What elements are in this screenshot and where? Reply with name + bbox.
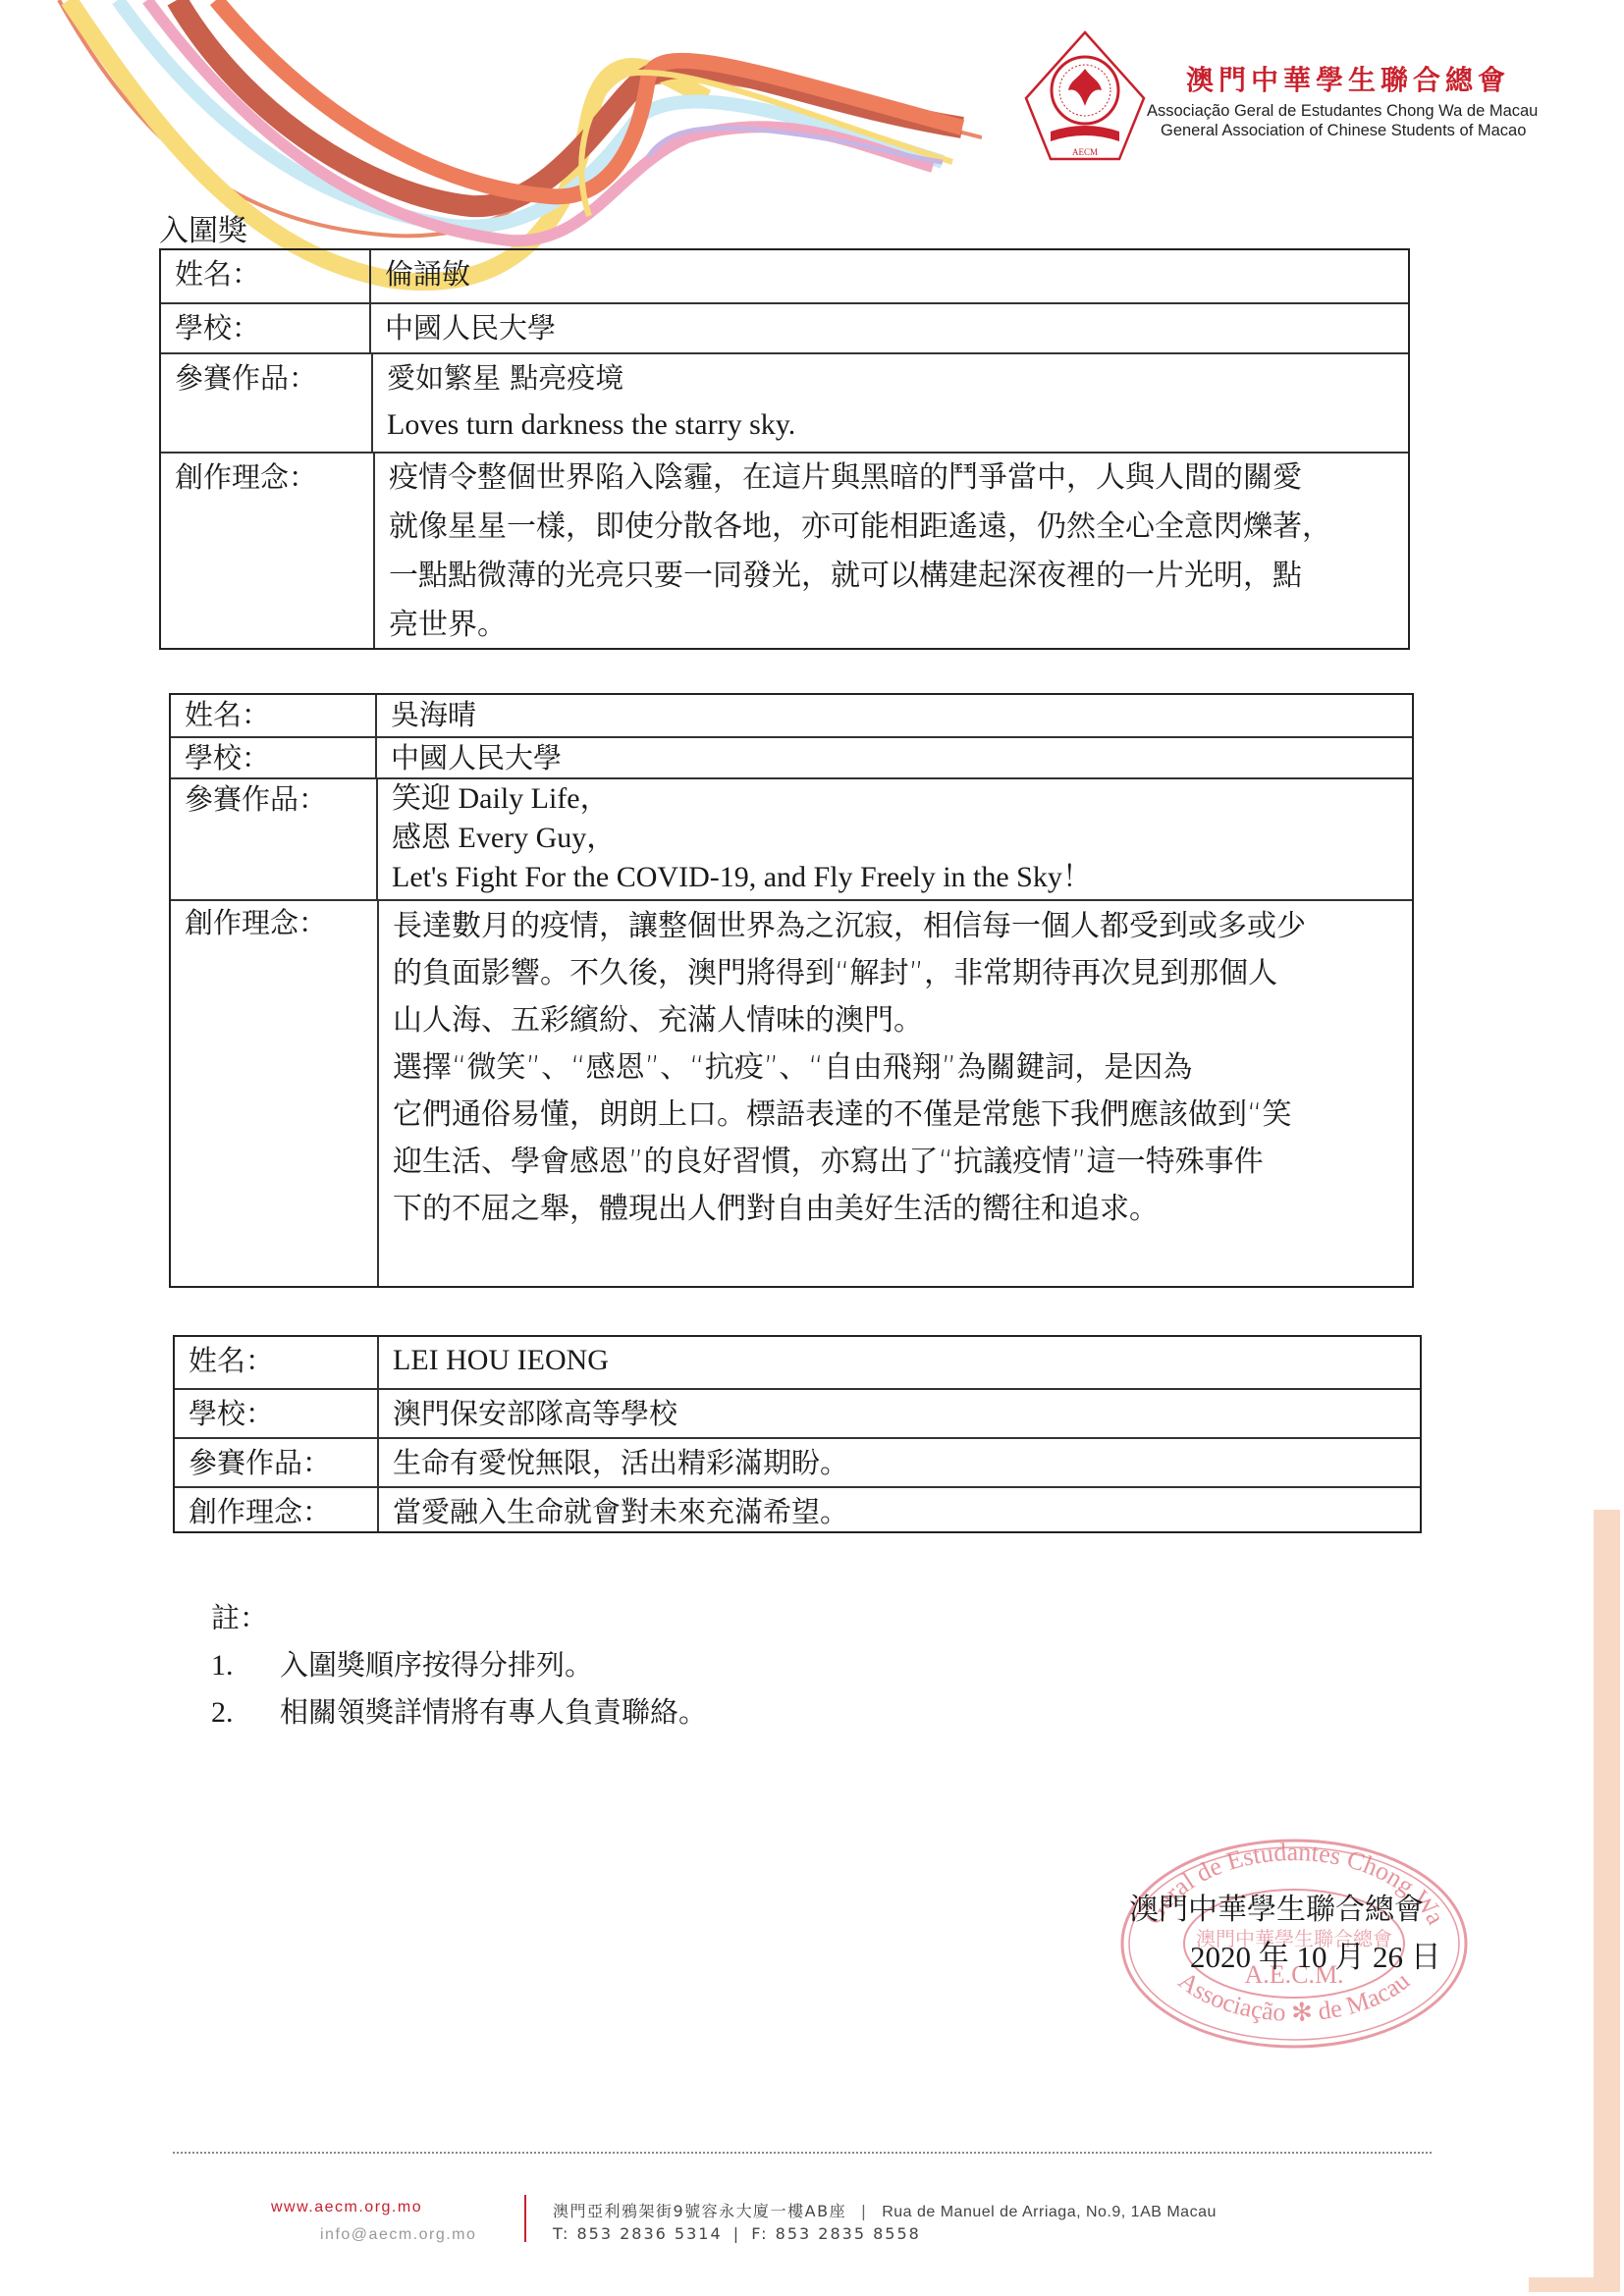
decorative-side-bar [1594, 1510, 1620, 2291]
label-school: 學校： [175, 1390, 379, 1437]
value-school: 中國人民大學 [371, 304, 1408, 352]
value-work: 生命有愛悅無限，活出精彩滿期盼。 [379, 1439, 1420, 1486]
concept-line: 山人海、五彩繽紛、充滿人情味的澳門。 [393, 997, 1412, 1044]
work-line: 感恩 Every Guy， [392, 819, 1412, 858]
label-work: 參賽作品： [161, 354, 373, 452]
value-work: 笑迎 Daily Life， 感恩 Every Guy， Let's Fight… [378, 779, 1412, 899]
row-school: 學校： 澳門保安部隊高等學校 [175, 1388, 1420, 1437]
note-text: 相關領獎詳情將有專人負責聯絡。 [280, 1695, 707, 1729]
value-name: 吳海晴 [377, 695, 1412, 736]
value-name: 倫誦敏 [371, 250, 1408, 302]
row-name: 姓名： LEI HOU IEONG [175, 1337, 1420, 1388]
notes-heading: 註： [211, 1596, 268, 1636]
row-work: 參賽作品： 生命有愛悅無限，活出精彩滿期盼。 [175, 1437, 1420, 1486]
concept-line: 就像星星一樣，即使分散各地，亦可能相距遙遠，仍然全心全意閃爍著， [389, 503, 1408, 552]
concept-line: 選擇“微笑”、“感恩”、“抗疫”、“自由飛翔”為關鍵詞，是因為 [393, 1044, 1412, 1092]
concept-line: 的負面影響。不久後，澳門將得到“解封”，非常期待再次見到那個人 [393, 950, 1412, 997]
org-name-pt: Associação Geral de Estudantes Chong Wa … [1147, 102, 1538, 121]
value-school: 澳門保安部隊高等學校 [379, 1390, 1420, 1437]
footer-phone: T: 853 2836 5314 | F: 853 2835 8558 [553, 2224, 921, 2243]
note-number: 2. [211, 1696, 280, 1730]
footer-address: 澳門亞利鴉架街9號容永大廈一樓AB座 | Rua de Manuel de Ar… [553, 2199, 1217, 2221]
telephone: T: 853 2836 5314 [553, 2224, 723, 2243]
value-concept: 疫情令整個世界陷入陰霾，在這片與黑暗的鬥爭當中，人與人間的關愛 就像星星一樣，即… [375, 454, 1408, 648]
concept-line: 亮世界。 [389, 601, 1408, 650]
row-work: 參賽作品： 愛如繁星 點亮疫境 Loves turn darkness the … [161, 352, 1408, 452]
label-school: 學校： [171, 738, 377, 777]
fax: F: 853 2835 8558 [751, 2224, 921, 2243]
aecm-logo: AECM [1021, 29, 1149, 162]
label-work: 參賽作品： [175, 1439, 379, 1486]
entry-table-3: 姓名： LEI HOU IEONG 學校： 澳門保安部隊高等學校 參賽作品： 生… [173, 1335, 1422, 1533]
concept-line: 一點點微薄的光亮只要一同發光，就可以構建起深夜裡的一片光明，點 [389, 552, 1408, 601]
footer-email-link[interactable]: info@aecm.org.mo [320, 2226, 476, 2244]
address-cn: 澳門亞利鴉架街9號容永大廈一樓AB座 [553, 2202, 846, 2220]
label-name: 姓名： [175, 1337, 379, 1388]
concept-line: 它們通俗易懂，朗朗上口。標語表達的不僅是常態下我們應該做到“笑 [393, 1092, 1412, 1139]
org-name-en: General Association of Chinese Students … [1161, 122, 1526, 140]
org-name-cn: 澳門中華學生聯合總會 [1186, 59, 1510, 98]
row-work: 參賽作品： 笑迎 Daily Life， 感恩 Every Guy， Let's… [171, 777, 1412, 899]
note-number: 1. [211, 1649, 280, 1682]
concept-line: 下的不屈之舉，體現出人們對自由美好生活的嚮往和追求。 [393, 1186, 1412, 1233]
work-line: 愛如繁星 點亮疫境 [387, 354, 1408, 401]
concept-line: 長達數月的疫情，讓整個世界為之沉寂，相信每一個人都受到或多或少 [393, 903, 1412, 950]
value-name: LEI HOU IEONG [379, 1337, 1420, 1388]
concept-line: 迎生活、學會感恩”的良好習慣，亦寫出了“抗議疫情”這一特殊事件 [393, 1139, 1412, 1186]
row-concept: 創作理念： 當愛融入生命就會對未來充滿希望。 [175, 1486, 1420, 1531]
entry-table-2: 姓名： 吳海晴 學校： 中國人民大學 參賽作品： 笑迎 Daily Life， … [169, 693, 1414, 1288]
value-work: 愛如繁星 點亮疫境 Loves turn darkness the starry… [373, 354, 1408, 452]
concept-line: 疫情令整個世界陷入陰霾，在這片與黑暗的鬥爭當中，人與人間的關愛 [389, 454, 1408, 503]
work-line: Let's Fight For the COVID-19, and Fly Fr… [392, 858, 1412, 897]
entry-table-1: 姓名： 倫誦敏 學校： 中國人民大學 參賽作品： 愛如繁星 點亮疫境 Loves… [159, 248, 1410, 650]
value-school: 中國人民大學 [377, 738, 1412, 777]
logo-text: AECM [1072, 147, 1098, 157]
footer-divider [173, 2152, 1432, 2154]
signature-org: 澳門中華學生聯合總會 [1129, 1885, 1424, 1928]
work-line: Loves turn darkness the starry sky. [387, 401, 1408, 449]
label-name: 姓名： [161, 250, 371, 302]
value-concept: 當愛融入生命就會對未來充滿希望。 [379, 1488, 1420, 1531]
footer-website-link[interactable]: www.aecm.org.mo [271, 2199, 422, 2216]
value-concept: 長達數月的疫情，讓整個世界為之沉寂，相信每一個人都受到或多或少 的負面影響。不久… [379, 901, 1412, 1286]
row-concept: 創作理念： 長達數月的疫情，讓整個世界為之沉寂，相信每一個人都受到或多或少 的負… [171, 899, 1412, 1286]
signature-date: 2020 年 10 月 26 日 [1190, 1932, 1441, 1976]
row-concept: 創作理念： 疫情令整個世界陷入陰霾，在這片與黑暗的鬥爭當中，人與人間的關愛 就像… [161, 452, 1408, 648]
label-school: 學校： [161, 304, 371, 352]
note-text: 入圍獎順序按得分排列。 [280, 1648, 593, 1682]
row-name: 姓名： 吳海晴 [171, 695, 1412, 736]
row-school: 學校： 中國人民大學 [171, 736, 1412, 777]
section-title: 入圍獎 [159, 206, 247, 249]
label-concept: 創作理念： [175, 1488, 379, 1531]
address-pt: Rua de Manuel de Arriaga, No.9, 1AB Maca… [882, 2204, 1217, 2220]
row-name: 姓名： 倫誦敏 [161, 250, 1408, 302]
row-school: 學校： 中國人民大學 [161, 302, 1408, 352]
work-line: 笑迎 Daily Life， [392, 779, 1412, 819]
decorative-side-bar-foot [1529, 2277, 1620, 2292]
label-name: 姓名： [171, 695, 377, 736]
label-work: 參賽作品： [171, 779, 378, 899]
note-item: 2.相關領獎詳情將有專人負責聯絡。 [211, 1690, 707, 1731]
note-item: 1.入圍獎順序按得分排列。 [211, 1643, 593, 1683]
footer-separator [524, 2195, 526, 2242]
label-concept: 創作理念： [171, 901, 379, 1286]
label-concept: 創作理念： [161, 454, 375, 648]
